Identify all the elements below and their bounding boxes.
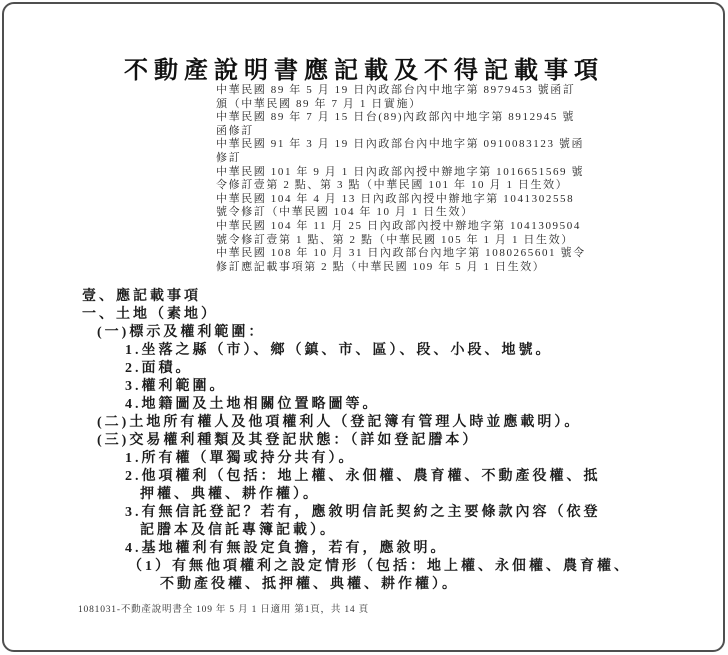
document-body: 壹、應記載事項 一、土地（素地） (一)標示及權利範圍： 1.坐落之縣（市）、鄉…: [82, 288, 682, 594]
body-line: 3.權利範圍。: [82, 378, 682, 396]
body-line: 3.有無信託登記？若有，應敘明信託契約之主要條款內容（依登: [82, 504, 682, 522]
body-line: (一)標示及權利範圍：: [82, 324, 682, 342]
section-heading: 壹、應記載事項: [82, 288, 682, 306]
amendment-line: 頒（中華民國 89 年 7 月 1 日實施）: [216, 98, 686, 112]
body-line: 一、土地（素地）: [82, 306, 682, 324]
body-line: 2.他項權利（包括：地上權、永佃權、農育權、不動產役權、抵: [82, 468, 682, 486]
amendment-line: 修訂應記載事項第 2 點（中華民國 109 年 5 月 1 日生效）: [216, 261, 686, 275]
amendment-line: 中華民國 89 年 7 月 15 日台(89)內政部內中地字第 8912945 …: [216, 111, 686, 125]
amendment-line: 修訂: [216, 152, 686, 166]
body-line: 不動產役權、抵押權、典權、耕作權）。: [82, 576, 682, 594]
amendment-history-block: 中華民國 89 年 5 月 19 日內政部台內中地字第 8979453 號函訂 …: [216, 84, 686, 274]
amendment-line: 令修訂壹第 2 點、第 3 點（中華民國 101 年 10 月 1 日生效）: [216, 179, 686, 193]
body-line: (二)土地所有權人及他項權利人（登記簿有管理人時並應載明）。: [82, 414, 682, 432]
body-line: (三)交易權利種類及其登記狀態：（詳如登記謄本）: [82, 432, 682, 450]
page-footer: 1081031-不動產說明書全 109 年 5 月 1 日適用 第1頁，共 14…: [78, 601, 369, 615]
amendment-line: 中華民國 89 年 5 月 19 日內政部台內中地字第 8979453 號函訂: [216, 84, 686, 98]
body-line: 4.基地權利有無設定負擔，若有，應敘明。: [82, 540, 682, 558]
amendment-line: 號令修訂壹第 1 點、第 2 點（中華民國 105 年 1 月 1 日生效）: [216, 234, 686, 248]
body-line: （1）有無他項權利之設定情形（包括：地上權、永佃權、農育權、: [82, 558, 682, 576]
body-line: 1.坐落之縣（市）、鄉（鎮、市、區）、段、小段、地號。: [82, 342, 682, 360]
body-line: 1.所有權（單獨或持分共有）。: [82, 450, 682, 468]
amendment-line: 函修訂: [216, 125, 686, 139]
amendment-line: 中華民國 104 年 11 月 25 日內政部內授中辦地字第 104130950…: [216, 220, 686, 234]
body-line: 4.地籍圖及土地相關位置略圖等。: [82, 396, 682, 414]
amendment-line: 號令修訂（中華民國 104 年 10 月 1 日生效）: [216, 206, 686, 220]
document-title: 不動產說明書應記載及不得記載事項: [0, 50, 728, 85]
body-line: 記謄本及信託專簿記載）。: [82, 522, 682, 540]
amendment-line: 中華民國 108 年 10 月 31 日內政部台內地字第 1080265601 …: [216, 247, 686, 261]
document-page: 不動產說明書應記載及不得記載事項 中華民國 89 年 5 月 19 日內政部台內…: [0, 0, 728, 655]
body-line: 2.面積。: [82, 360, 682, 378]
amendment-line: 中華民國 101 年 9 月 1 日內政部內授中辦地字第 1016651569 …: [216, 166, 686, 180]
amendment-line: 中華民國 104 年 4 月 13 日內政部內授中辦地字第 1041302558: [216, 193, 686, 207]
amendment-line: 中華民國 91 年 3 月 19 日內政部台內中地字第 0910083123 號…: [216, 138, 686, 152]
body-line: 押權、典權、耕作權）。: [82, 486, 682, 504]
